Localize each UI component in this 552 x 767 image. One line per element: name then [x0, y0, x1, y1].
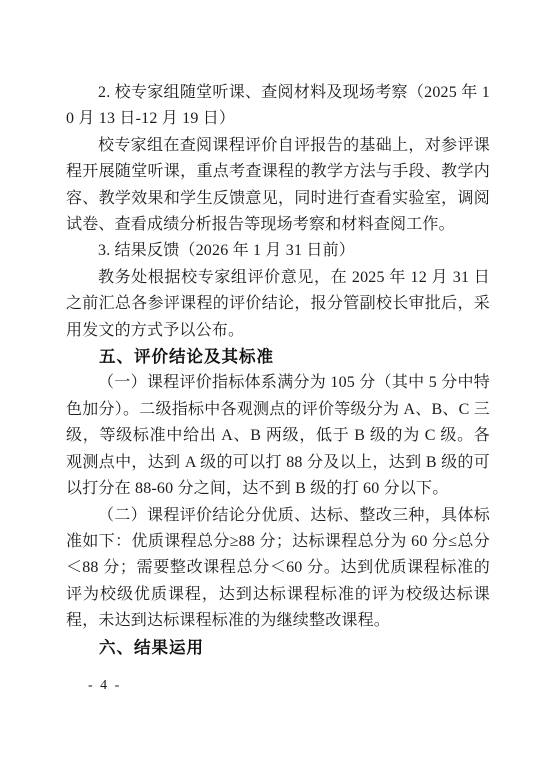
paragraph-result-feedback-detail: 教务处根据校专家组评价意见，在 2025 年 12 月 31 日之前汇总各参评课…	[66, 265, 490, 344]
paragraph-expert-group-detail: 校专家组在查阅课程评价自评报告的基础上，对参评课程开展随堂听课，重点考查课程的教…	[66, 133, 490, 239]
paragraph-indicator-system: （一）课程评价指标体系满分为 105 分（其中 5 分中特色加分）。二级指标中各…	[66, 370, 490, 502]
page-number: - 4 -	[88, 678, 121, 694]
document-page: 2. 校专家组随堂听课、查阅材料及现场考察（2025 年 10 月 13 日-1…	[0, 0, 552, 767]
section-heading-result-application: 六、结果运用	[66, 635, 490, 661]
document-body: 2. 校专家组随堂听课、查阅材料及现场考察（2025 年 10 月 13 日-1…	[66, 80, 490, 661]
section-heading-evaluation-conclusion: 五、评价结论及其标准	[66, 344, 490, 370]
paragraph-result-feedback: 3. 结果反馈（2026 年 1 月 31 日前）	[66, 238, 490, 264]
paragraph-expert-group-visit: 2. 校专家组随堂听课、查阅材料及现场考察（2025 年 10 月 13 日-1…	[66, 80, 490, 133]
paragraph-conclusion-standards: （二）课程评价结论分优质、达标、整改三种，具体标准如下：优质课程总分≥88 分；…	[66, 503, 490, 635]
